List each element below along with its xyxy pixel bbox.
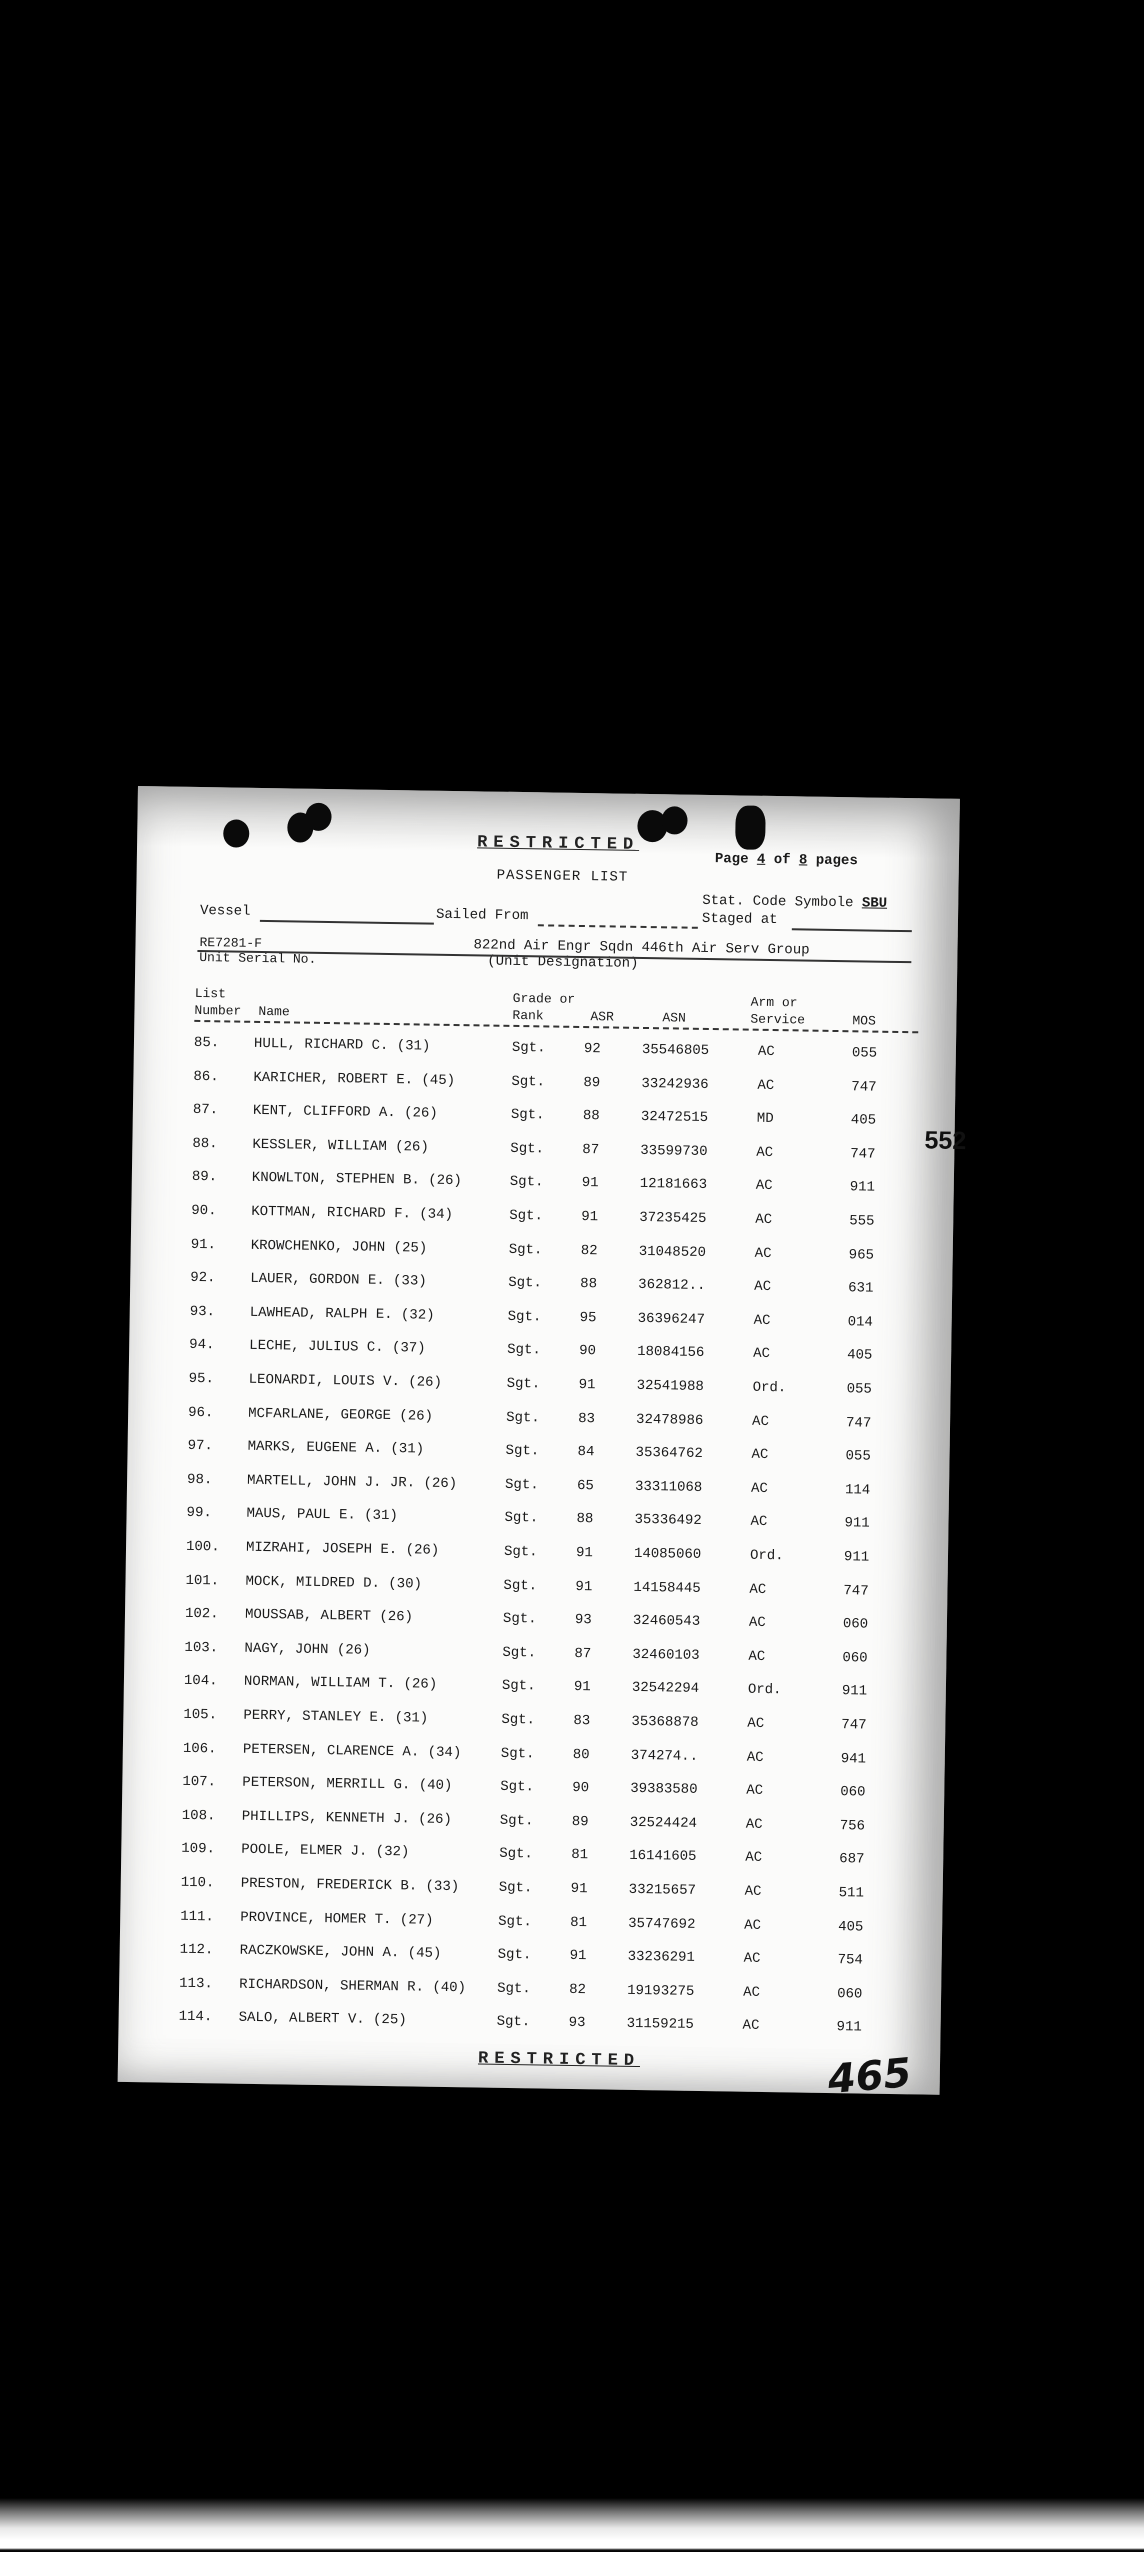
cell-grade: Sgt. — [511, 1107, 545, 1124]
cell-asr: 87 — [574, 1646, 591, 1662]
cell-asn: 19193275 — [627, 1983, 694, 2000]
cell-arm: AC — [757, 1077, 774, 1093]
cell-grade: Sgt. — [507, 1376, 541, 1393]
cell-asn: 35747692 — [628, 1915, 695, 1932]
cell-name: KARICHER, ROBERT E. (45) — [253, 1069, 455, 1088]
cell-name: KESSLER, WILLIAM (26) — [252, 1137, 429, 1156]
cell-asr: 91 — [576, 1545, 593, 1561]
cell-num: 102. — [185, 1606, 219, 1623]
cell-num: 110. — [181, 1875, 215, 1892]
cell-asr: 81 — [570, 1915, 587, 1931]
cell-arm: AC — [749, 1581, 766, 1597]
cell-asn: 32541988 — [637, 1378, 704, 1395]
cell-arm: AC — [743, 1984, 760, 2000]
cell-grade: Sgt. — [498, 1947, 532, 1964]
cell-num: 88. — [192, 1136, 217, 1152]
cell-num: 100. — [186, 1539, 220, 1556]
cell-asr: 88 — [580, 1276, 597, 1292]
cell-asn: 32478986 — [636, 1411, 703, 1428]
cell-arm: AC — [746, 1783, 763, 1799]
cell-num: 96. — [188, 1404, 213, 1420]
cell-asr: 91 — [575, 1579, 592, 1595]
cell-mos: 631 — [848, 1280, 873, 1296]
header-grade: Grade or Rank — [512, 990, 575, 1025]
cell-arm: Ord. — [752, 1380, 786, 1397]
cell-num: 101. — [185, 1572, 219, 1589]
cell-arm: AC — [748, 1648, 765, 1664]
cell-num: 89. — [192, 1169, 217, 1185]
cell-mos: 060 — [842, 1650, 867, 1666]
cell-name: PRESTON, FREDERICK B. (33) — [241, 1876, 460, 1895]
cell-arm: AC — [752, 1413, 769, 1429]
cell-grade: Sgt. — [498, 1913, 532, 1930]
cell-asn: 33242936 — [641, 1076, 708, 1093]
cell-asn: 18084156 — [637, 1344, 704, 1361]
cell-arm: AC — [755, 1245, 772, 1261]
cell-asn: 32524424 — [630, 1815, 697, 1832]
cell-arm: AC — [745, 1850, 762, 1866]
cell-num: 103. — [184, 1640, 218, 1657]
header-arm-service: Arm or Service — [750, 994, 805, 1029]
cell-grade: Sgt. — [497, 2014, 531, 2031]
cell-asn: 35368878 — [631, 1714, 698, 1731]
cell-asn: 32460103 — [632, 1647, 699, 1664]
stat-code: Stat. Code Symbole SBU — [702, 893, 887, 912]
cell-num: 93. — [190, 1304, 215, 1320]
cell-grade: Sgt. — [502, 1678, 536, 1695]
vessel-label: Vessel — [200, 903, 251, 920]
cell-asn: 39383580 — [630, 1781, 697, 1798]
stamp-number: 552 — [924, 1126, 966, 1156]
cell-num: 104. — [184, 1673, 218, 1690]
cell-num: 112. — [180, 1942, 214, 1959]
cell-asr: 91 — [574, 1679, 591, 1695]
passenger-table: 85.HULL, RICHARD C. (31)Sgt.9235546805AC… — [134, 1034, 956, 1047]
cell-asr: 88 — [583, 1108, 600, 1124]
cell-mos: 060 — [837, 1986, 862, 2002]
cell-grade: Sgt. — [500, 1813, 534, 1830]
cell-arm: AC — [749, 1615, 766, 1631]
cell-arm: AC — [747, 1716, 764, 1732]
cell-name: LECHE, JULIUS C. (37) — [249, 1338, 426, 1357]
cell-asn: 33215657 — [629, 1882, 696, 1899]
cell-grade: Sgt. — [509, 1241, 543, 1258]
cell-num: 105. — [183, 1707, 217, 1724]
cell-name: PROVINCE, HOMER T. (27) — [240, 1909, 433, 1928]
cell-mos: 405 — [838, 1919, 863, 1935]
cell-asn: 33599730 — [640, 1143, 707, 1160]
cell-grade: Sgt. — [512, 1040, 546, 1057]
cell-name: KROWCHENKO, JOHN (25) — [251, 1237, 428, 1256]
cell-asn: 12181663 — [640, 1176, 707, 1193]
cell-mos: 060 — [843, 1616, 868, 1632]
cell-asn: 14085060 — [634, 1546, 701, 1563]
cell-name: KENT, CLIFFORD A. (26) — [253, 1103, 438, 1122]
cell-asr: 91 — [579, 1377, 596, 1393]
cell-mos: 055 — [846, 1381, 871, 1397]
cell-arm: AC — [758, 1044, 775, 1060]
cell-asr: 89 — [572, 1814, 589, 1830]
cell-grade: Sgt. — [508, 1309, 542, 1326]
cell-grade: Sgt. — [510, 1174, 544, 1191]
cell-grade: Sgt. — [499, 1846, 533, 1863]
cell-asn: 36396247 — [638, 1311, 705, 1328]
cell-mos: 114 — [845, 1482, 870, 1498]
cell-asr: 89 — [583, 1075, 600, 1091]
cell-asr: 83 — [573, 1713, 590, 1729]
header-name: Name — [258, 1003, 289, 1020]
cell-grade: Sgt. — [504, 1510, 538, 1527]
cell-asr: 90 — [572, 1780, 589, 1796]
cell-asr: 87 — [582, 1142, 599, 1158]
cell-num: 98. — [187, 1472, 212, 1488]
cell-name: LEONARDI, LOUIS V. (26) — [249, 1372, 442, 1391]
cell-num: 92. — [190, 1270, 215, 1286]
cell-mos: 911 — [850, 1180, 875, 1196]
cell-num: 90. — [191, 1203, 216, 1219]
cell-asn: 31048520 — [639, 1244, 706, 1261]
cell-grade: Sgt. — [502, 1645, 536, 1662]
cell-arm: AC — [746, 1816, 763, 1832]
cell-mos: 747 — [843, 1583, 868, 1599]
cell-grade: Sgt. — [509, 1208, 543, 1225]
cell-asn: 374274.. — [631, 1747, 698, 1764]
cell-asr: 93 — [568, 2015, 585, 2031]
cell-mos: 555 — [849, 1213, 874, 1229]
cell-name: LAUER, GORDON E. (33) — [250, 1271, 427, 1290]
cell-asr: 91 — [581, 1209, 598, 1225]
cell-arm: Ord. — [748, 1682, 782, 1699]
cell-mos: 511 — [839, 1885, 864, 1901]
cell-asr: 95 — [580, 1310, 597, 1326]
cell-grade: Sgt. — [497, 1981, 531, 1998]
cell-arm: AC — [751, 1447, 768, 1463]
cell-mos: 756 — [840, 1818, 865, 1834]
cell-asr: 90 — [579, 1343, 596, 1359]
cell-asn: 35336492 — [634, 1512, 701, 1529]
cell-arm: AC — [744, 1951, 761, 1967]
cell-grade: Sgt. — [503, 1611, 537, 1628]
cell-asn: 14158445 — [633, 1579, 700, 1596]
cell-mos: 055 — [852, 1045, 877, 1061]
cell-num: 86. — [193, 1069, 218, 1085]
stat-code-value: SBU — [862, 895, 887, 911]
cell-asr: 81 — [571, 1847, 588, 1863]
classification-footer: RESTRICTED — [478, 2049, 640, 2071]
cell-arm: AC — [756, 1145, 773, 1161]
cell-asn: 32460543 — [633, 1613, 700, 1630]
cell-arm: AC — [751, 1481, 768, 1497]
cell-arm: AC — [750, 1514, 767, 1530]
cell-asn: 37235425 — [639, 1210, 706, 1227]
cell-mos: 965 — [849, 1247, 874, 1263]
handwritten-page-number: 465 — [826, 2050, 913, 2103]
header-asr: ASR — [590, 1008, 614, 1025]
cell-mos: 747 — [841, 1717, 866, 1733]
cell-name: MARKS, EUGENE A. (31) — [248, 1439, 425, 1458]
cell-name: RICHARDSON, SHERMAN R. (40) — [239, 1977, 466, 1997]
sailed-from-field-line — [538, 924, 698, 929]
cell-asr: 65 — [577, 1478, 594, 1494]
cell-num: 91. — [191, 1236, 216, 1252]
cell-num: 114. — [179, 2009, 213, 2026]
cell-mos: 405 — [851, 1112, 876, 1128]
cell-num: 106. — [183, 1740, 217, 1757]
cell-num: 95. — [189, 1371, 214, 1387]
bottom-edge-gradient — [0, 2490, 1144, 2552]
staged-at-field-line — [792, 928, 912, 932]
staged-at-label: Staged at — [702, 911, 778, 928]
page-current: 4 — [757, 852, 766, 868]
cell-arm: AC — [755, 1212, 772, 1228]
cell-mos: 747 — [851, 1079, 876, 1095]
cell-grade: Sgt. — [504, 1544, 538, 1561]
cell-grade: Sgt. — [499, 1880, 533, 1897]
cell-mos: 941 — [841, 1751, 866, 1767]
cell-arm: AC — [745, 1884, 762, 1900]
cell-asr: 93 — [575, 1612, 592, 1628]
cell-grade: Sgt. — [511, 1073, 545, 1090]
cell-asn: 33311068 — [635, 1479, 702, 1496]
cell-mos: 687 — [839, 1852, 864, 1868]
cell-asn: 32472515 — [641, 1109, 708, 1126]
punch-hole — [223, 819, 249, 847]
cell-asr: 91 — [582, 1175, 599, 1191]
punch-hole — [305, 803, 331, 831]
cell-asr: 92 — [584, 1041, 601, 1057]
cell-mos: 911 — [842, 1684, 867, 1700]
page-indicator: Page 4 of 8 pages — [715, 851, 858, 869]
cell-arm: AC — [747, 1749, 764, 1765]
cell-num: 111. — [180, 1908, 214, 1925]
cell-name: PETERSON, MERRILL G. (40) — [242, 1775, 452, 1794]
cell-asn: 16141605 — [629, 1848, 696, 1865]
cell-mos: 911 — [844, 1516, 869, 1532]
cell-asr: 82 — [569, 1982, 586, 1998]
classification-header: RESTRICTED — [477, 833, 639, 855]
cell-name: NAGY, JOHN (26) — [244, 1641, 370, 1659]
cell-mos: 911 — [844, 1549, 869, 1565]
cell-grade: Sgt. — [503, 1577, 537, 1594]
cell-mos: 014 — [848, 1314, 873, 1330]
header-asn: ASN — [662, 1009, 686, 1026]
cell-mos: 060 — [840, 1784, 865, 1800]
cell-mos: 754 — [838, 1952, 863, 1968]
cell-grade: Sgt. — [507, 1342, 541, 1359]
cell-asr: 91 — [570, 1948, 587, 1964]
cell-name: KOTTMAN, RICHARD F. (34) — [251, 1204, 453, 1223]
header-list-number: List Number — [194, 985, 241, 1020]
cell-arm: AC — [756, 1178, 773, 1194]
cell-grade: Sgt. — [501, 1745, 535, 1762]
cell-num: 109. — [181, 1841, 215, 1858]
punch-hole — [661, 806, 687, 834]
cell-asn: 32542294 — [632, 1680, 699, 1697]
cell-arm: AC — [754, 1279, 771, 1295]
vessel-field-line — [260, 920, 434, 925]
cell-name: HULL, RICHARD C. (31) — [254, 1036, 431, 1055]
header-mos: MOS — [852, 1012, 876, 1029]
cell-num: 87. — [193, 1102, 218, 1118]
cell-arm: AC — [754, 1313, 771, 1329]
cell-name: PERRY, STANLEY E. (31) — [243, 1708, 428, 1727]
cell-asr: 82 — [581, 1243, 598, 1259]
cell-num: 94. — [189, 1337, 214, 1353]
cell-name: NORMAN, WILLIAM T. (26) — [244, 1674, 437, 1693]
cell-name: RACZKOWSKE, JOHN A. (45) — [240, 1943, 442, 1962]
cell-asr: 88 — [576, 1511, 593, 1527]
cell-grade: Sgt. — [505, 1443, 539, 1460]
cell-name: MOUSSAB, ALBERT (26) — [245, 1607, 413, 1626]
cell-asr: 84 — [577, 1444, 594, 1460]
cell-mos: 911 — [836, 2020, 861, 2036]
cell-num: 97. — [188, 1438, 213, 1454]
cell-grade: Sgt. — [501, 1712, 535, 1729]
cell-asr: 91 — [571, 1881, 588, 1897]
cell-arm: Ord. — [750, 1548, 784, 1565]
cell-arm: MD — [757, 1111, 774, 1127]
punch-hole — [735, 805, 766, 849]
cell-grade: Sgt. — [508, 1275, 542, 1292]
passenger-list-document: RESTRICTED Page 4 of 8 pages PASSENGER L… — [118, 786, 960, 2095]
cell-name: MIZRAHI, JOSEPH E. (26) — [246, 1540, 439, 1559]
cell-asn: 33236291 — [628, 1949, 695, 1966]
cell-arm: AC — [753, 1346, 770, 1362]
cell-name: PHILLIPS, KENNETH J. (26) — [242, 1809, 452, 1828]
document-title: PASSENGER LIST — [497, 868, 629, 886]
cell-name: SALO, ALBERT V. (25) — [239, 2010, 407, 2029]
cell-asn: 35364762 — [635, 1445, 702, 1462]
cell-num: 108. — [182, 1808, 216, 1825]
sailed-from-label: Sailed From — [436, 907, 529, 924]
cell-name: MCFARLANE, GEORGE (26) — [248, 1405, 433, 1424]
cell-arm: AC — [742, 2018, 759, 2034]
cell-asn: 35546805 — [642, 1042, 709, 1059]
cell-name: MARTELL, JOHN J. JR. (26) — [247, 1473, 457, 1492]
cell-num: 107. — [182, 1774, 216, 1791]
cell-mos: 747 — [846, 1415, 871, 1431]
cell-mos: 055 — [845, 1448, 870, 1464]
cell-asn: 31159215 — [626, 2016, 693, 2033]
cell-name: PETERSEN, CLARENCE A. (34) — [243, 1741, 462, 1760]
cell-grade: Sgt. — [505, 1477, 539, 1494]
cell-grade: Sgt. — [506, 1409, 540, 1426]
cell-num: 99. — [186, 1505, 211, 1521]
cell-asr: 83 — [578, 1411, 595, 1427]
cell-name: MOCK, MILDRED D. (30) — [245, 1573, 422, 1592]
cell-name: MAUS, PAUL E. (31) — [246, 1506, 397, 1524]
cell-num: 113. — [179, 1976, 213, 1993]
cell-arm: AC — [744, 1917, 761, 1933]
cell-mos: 405 — [847, 1348, 872, 1364]
page-total: 8 — [799, 852, 808, 868]
cell-grade: Sgt. — [510, 1141, 544, 1158]
cell-asr: 80 — [573, 1747, 590, 1763]
cell-num: 85. — [194, 1035, 219, 1051]
cell-name: KNOWLTON, STEPHEN B. (26) — [252, 1170, 462, 1189]
cell-asn: 362812.. — [638, 1277, 705, 1294]
cell-name: POOLE, ELMER J. (32) — [241, 1842, 409, 1861]
cell-grade: Sgt. — [500, 1779, 534, 1796]
cell-name: LAWHEAD, RALPH E. (32) — [250, 1305, 435, 1324]
cell-mos: 747 — [850, 1146, 875, 1162]
